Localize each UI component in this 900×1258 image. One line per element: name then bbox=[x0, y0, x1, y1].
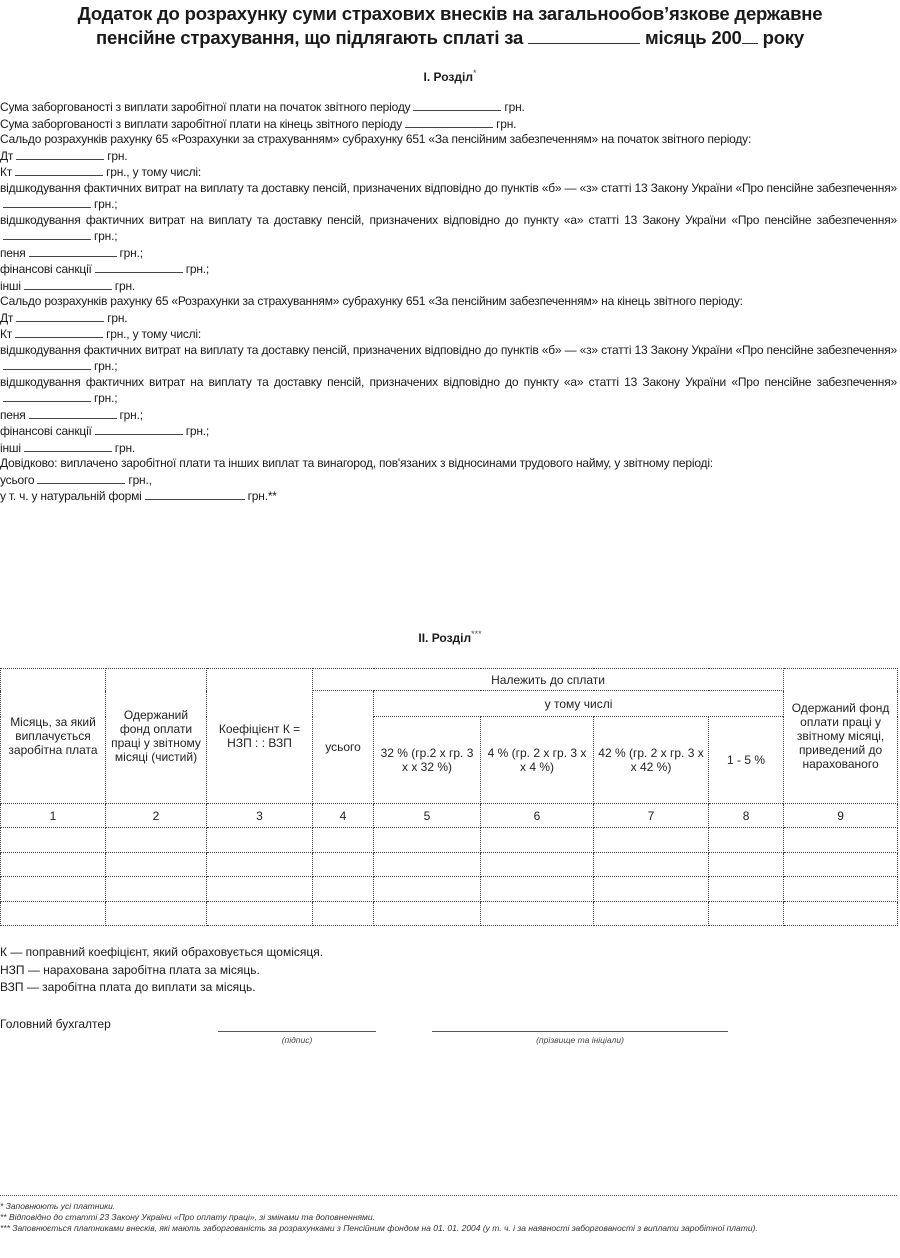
footnote-divider bbox=[0, 1195, 897, 1196]
section-1-title: I. Розділ bbox=[424, 70, 473, 84]
label: Сума заборгованості з виплати заробітної… bbox=[0, 117, 402, 131]
table-cell[interactable] bbox=[374, 877, 481, 902]
year-field[interactable] bbox=[742, 27, 758, 44]
total-paid-field[interactable] bbox=[37, 472, 125, 484]
in-kind-field[interactable] bbox=[145, 488, 245, 500]
table-cell[interactable] bbox=[106, 901, 207, 926]
saldo-start-line: Сальдо розрахунків рахунку 65 «Розрахунк… bbox=[0, 132, 897, 148]
table-cell[interactable] bbox=[784, 828, 898, 853]
unit: грн.; bbox=[120, 408, 143, 422]
name-caption: (прізвище та ініціали) bbox=[432, 1035, 728, 1045]
table-cell[interactable] bbox=[207, 877, 313, 902]
kt-start-line: Ктгрн., у тому числі: bbox=[0, 164, 897, 181]
footnotes: * Заповнюють усі платники. ** Відповідно… bbox=[0, 1201, 897, 1233]
table-row bbox=[1, 828, 898, 853]
label: у т. ч. у натуральній формі bbox=[0, 489, 142, 503]
table-cell[interactable] bbox=[594, 852, 709, 877]
header-including: у тому числі bbox=[374, 691, 784, 717]
reference-line: Довідково: виплачено заробітної плати та… bbox=[0, 456, 897, 472]
unit: грн., у тому числі: bbox=[106, 327, 201, 341]
other-end-field[interactable] bbox=[24, 440, 112, 452]
table-cell[interactable] bbox=[784, 852, 898, 877]
table-cell[interactable] bbox=[374, 852, 481, 877]
col-num: 5 bbox=[374, 804, 481, 828]
header-1-5: 1 - 5 % bbox=[709, 717, 784, 804]
table-cell[interactable] bbox=[106, 852, 207, 877]
unit: грн. bbox=[496, 117, 516, 131]
col-num: 1 bbox=[1, 804, 106, 828]
col-num: 7 bbox=[594, 804, 709, 828]
label: усього bbox=[0, 473, 34, 487]
unit: грн.** bbox=[248, 489, 277, 503]
sanctions-end-field[interactable] bbox=[95, 423, 183, 435]
debt-start-line: Сума заборгованості з виплати заробітної… bbox=[0, 99, 897, 116]
refund-bz-end-line: відшкодування фактичних витрат на виплат… bbox=[0, 343, 897, 375]
month-field[interactable] bbox=[528, 27, 640, 44]
section-1-body: Сума заборгованості з виплати заробітної… bbox=[0, 99, 897, 505]
label: відшкодування фактичних витрат на виплат… bbox=[0, 375, 897, 389]
other-start-field[interactable] bbox=[24, 278, 112, 290]
table-cell[interactable] bbox=[709, 877, 784, 902]
refund-bz-start-field[interactable] bbox=[3, 196, 91, 208]
refund-a-start-line: відшкодування фактичних витрат на виплат… bbox=[0, 213, 897, 245]
refund-bz-end-field[interactable] bbox=[3, 358, 91, 370]
title-line-1: Додаток до розрахунку суми страхових вне… bbox=[0, 2, 900, 26]
table-cell[interactable] bbox=[1, 852, 106, 877]
unit: грн.; bbox=[120, 246, 143, 260]
penalty-start-field[interactable] bbox=[29, 245, 117, 257]
signature-field[interactable] bbox=[218, 1031, 376, 1032]
refund-a-end-field[interactable] bbox=[3, 390, 91, 402]
table-cell[interactable] bbox=[481, 828, 594, 853]
table-cell[interactable] bbox=[594, 901, 709, 926]
footnote-1: * Заповнюють усі платники. bbox=[0, 1201, 897, 1212]
unit: грн. bbox=[115, 441, 135, 455]
title-text-a: пенсійне страхування, що підлягають спла… bbox=[96, 27, 523, 48]
table-cell[interactable] bbox=[1, 877, 106, 902]
table-cell[interactable] bbox=[106, 828, 207, 853]
header-42: 42 % (гр. 2 х гр. 3 х х 42 %) bbox=[594, 717, 709, 804]
footnote-mark: *** bbox=[471, 629, 482, 639]
unit: грн. bbox=[107, 149, 127, 163]
contributions-table: Місяць, за який виплачується заробітна п… bbox=[0, 668, 898, 926]
other-end-line: іншігрн. bbox=[0, 440, 897, 457]
table-row bbox=[1, 901, 898, 926]
penalty-start-line: пенягрн.; bbox=[0, 245, 897, 262]
debt-start-field[interactable] bbox=[413, 99, 501, 111]
unit: грн.; bbox=[186, 424, 209, 438]
section-2-title: II. Розділ bbox=[418, 631, 471, 645]
header-32: 32 % (гр.2 х гр. 3 х х 32 %) bbox=[374, 717, 481, 804]
unit: грн.; bbox=[186, 262, 209, 276]
document-title: Додаток до розрахунку суми страхових вне… bbox=[0, 2, 900, 50]
sanctions-start-field[interactable] bbox=[95, 261, 183, 273]
label: інші bbox=[0, 441, 21, 455]
label: Дт bbox=[0, 149, 13, 163]
table-cell[interactable] bbox=[481, 901, 594, 926]
kt-end-field[interactable] bbox=[15, 326, 103, 338]
table-cell[interactable] bbox=[709, 852, 784, 877]
unit: грн.; bbox=[94, 197, 117, 211]
table-row bbox=[1, 877, 898, 902]
unit: грн.; bbox=[94, 229, 117, 243]
sanctions-start-line: фінансові санкціїгрн.; bbox=[0, 261, 897, 278]
col-num: 4 bbox=[313, 804, 374, 828]
table-cell[interactable] bbox=[313, 828, 374, 853]
col-num: 2 bbox=[106, 804, 207, 828]
name-field[interactable] bbox=[432, 1031, 728, 1032]
other-start-line: іншігрн. bbox=[0, 278, 897, 295]
header-fund-adjusted: Одержаний фонд оплати праці у звітному м… bbox=[784, 669, 898, 804]
dt-start-field[interactable] bbox=[16, 148, 104, 160]
col-num: 8 bbox=[709, 804, 784, 828]
unit: грн., bbox=[128, 473, 151, 487]
table-cell[interactable] bbox=[784, 901, 898, 926]
table-cell[interactable] bbox=[374, 901, 481, 926]
saldo-end-line: Сальдо розрахунків рахунку 65 «Розрахунк… bbox=[0, 294, 897, 310]
total-paid-line: усьогогрн., bbox=[0, 472, 897, 489]
table-cell[interactable] bbox=[1, 828, 106, 853]
label: Кт bbox=[0, 165, 12, 179]
header-due: Належить до сплати bbox=[313, 669, 784, 691]
header-month: Місяць, за який виплачується заробітна п… bbox=[1, 669, 106, 804]
note-nzp: НЗП — нарахована заробітна плата за міся… bbox=[0, 962, 323, 980]
in-kind-line: у т. ч. у натуральній формігрн.** bbox=[0, 488, 897, 505]
note-vzp: ВЗП — заробітна плата до виплати за міся… bbox=[0, 979, 323, 997]
label: відшкодування фактичних витрат на виплат… bbox=[0, 181, 897, 195]
column-numbers-row: 1 2 3 4 5 6 7 8 9 bbox=[1, 804, 898, 828]
footnote-mark: * bbox=[473, 68, 477, 78]
table-cell[interactable] bbox=[313, 852, 374, 877]
table-cell[interactable] bbox=[481, 877, 594, 902]
refund-a-start-field[interactable] bbox=[3, 228, 91, 240]
label: відшкодування фактичних витрат на виплат… bbox=[0, 343, 897, 357]
dt-end-line: Дтгрн. bbox=[0, 310, 897, 327]
table-cell[interactable] bbox=[784, 877, 898, 902]
label: пеня bbox=[0, 408, 26, 422]
col-num: 3 bbox=[207, 804, 313, 828]
header-fund: Одержаний фонд оплати праці у звітному м… bbox=[106, 669, 207, 804]
label: фінансові санкції bbox=[0, 424, 92, 438]
sanctions-end-line: фінансові санкціїгрн.; bbox=[0, 423, 897, 440]
table-cell[interactable] bbox=[313, 901, 374, 926]
debt-end-line: Сума заборгованості з виплати заробітної… bbox=[0, 116, 897, 133]
unit: грн. bbox=[107, 311, 127, 325]
legend-notes: К — поправний коефіцієнт, який обраховує… bbox=[0, 944, 323, 997]
unit: грн. bbox=[504, 100, 524, 114]
refund-bz-start-line: відшкодування фактичних витрат на виплат… bbox=[0, 181, 897, 213]
header-coefficient: Коефіцієнт К = НЗП : : ВЗП bbox=[207, 669, 313, 804]
table-cell[interactable] bbox=[709, 901, 784, 926]
label: Дт bbox=[0, 311, 13, 325]
header-4: 4 % (гр. 2 х гр. 3 х х 4 %) bbox=[481, 717, 594, 804]
table-row bbox=[1, 852, 898, 877]
table-cell[interactable] bbox=[1, 901, 106, 926]
title-text-c: року bbox=[763, 27, 804, 48]
refund-a-end-line: відшкодування фактичних витрат на виплат… bbox=[0, 375, 897, 407]
table-cell[interactable] bbox=[594, 877, 709, 902]
header-total: усього bbox=[313, 691, 374, 804]
footnote-2: ** Відповідно до статті 23 Закону Україн… bbox=[0, 1212, 897, 1223]
kt-end-line: Ктгрн., у тому числі: bbox=[0, 326, 897, 343]
unit: грн. bbox=[115, 279, 135, 293]
kt-start-field[interactable] bbox=[15, 164, 103, 176]
table-cell[interactable] bbox=[313, 877, 374, 902]
table-cell[interactable] bbox=[207, 828, 313, 853]
unit: грн., у тому числі: bbox=[106, 165, 201, 179]
table-cell[interactable] bbox=[594, 828, 709, 853]
unit: грн.; bbox=[94, 391, 117, 405]
table-cell[interactable] bbox=[106, 877, 207, 902]
penalty-end-line: пенягрн.; bbox=[0, 407, 897, 424]
table-cell[interactable] bbox=[481, 852, 594, 877]
section-2-heading: II. Розділ*** bbox=[0, 629, 900, 645]
unit: грн.; bbox=[94, 359, 117, 373]
label: пеня bbox=[0, 246, 26, 260]
table-cell[interactable] bbox=[207, 852, 313, 877]
table-cell[interactable] bbox=[709, 828, 784, 853]
dt-end-field[interactable] bbox=[16, 310, 104, 322]
label: відшкодування фактичних витрат на виплат… bbox=[0, 213, 897, 227]
label: фінансові санкції bbox=[0, 262, 92, 276]
title-line-2: пенсійне страхування, що підлягають спла… bbox=[0, 26, 900, 50]
signature-caption: (підпис) bbox=[218, 1035, 376, 1045]
title-text-b: місяць 200 bbox=[645, 27, 742, 48]
label: Сума заборгованості з виплати заробітної… bbox=[0, 100, 410, 114]
table-cell[interactable] bbox=[207, 901, 313, 926]
note-k: К — поправний коефіцієнт, який обраховує… bbox=[0, 944, 323, 962]
section-1-heading: I. Розділ* bbox=[0, 68, 900, 84]
table-cell[interactable] bbox=[374, 828, 481, 853]
footnote-3: *** Заповнюється платниками внесків, які… bbox=[0, 1223, 897, 1234]
dt-start-line: Дтгрн. bbox=[0, 148, 897, 165]
col-num: 9 bbox=[784, 804, 898, 828]
chief-accountant-label: Головний бухгалтер bbox=[0, 1017, 111, 1031]
col-num: 6 bbox=[481, 804, 594, 828]
label: Кт bbox=[0, 327, 12, 341]
label: інші bbox=[0, 279, 21, 293]
penalty-end-field[interactable] bbox=[29, 407, 117, 419]
debt-end-field[interactable] bbox=[405, 116, 493, 128]
